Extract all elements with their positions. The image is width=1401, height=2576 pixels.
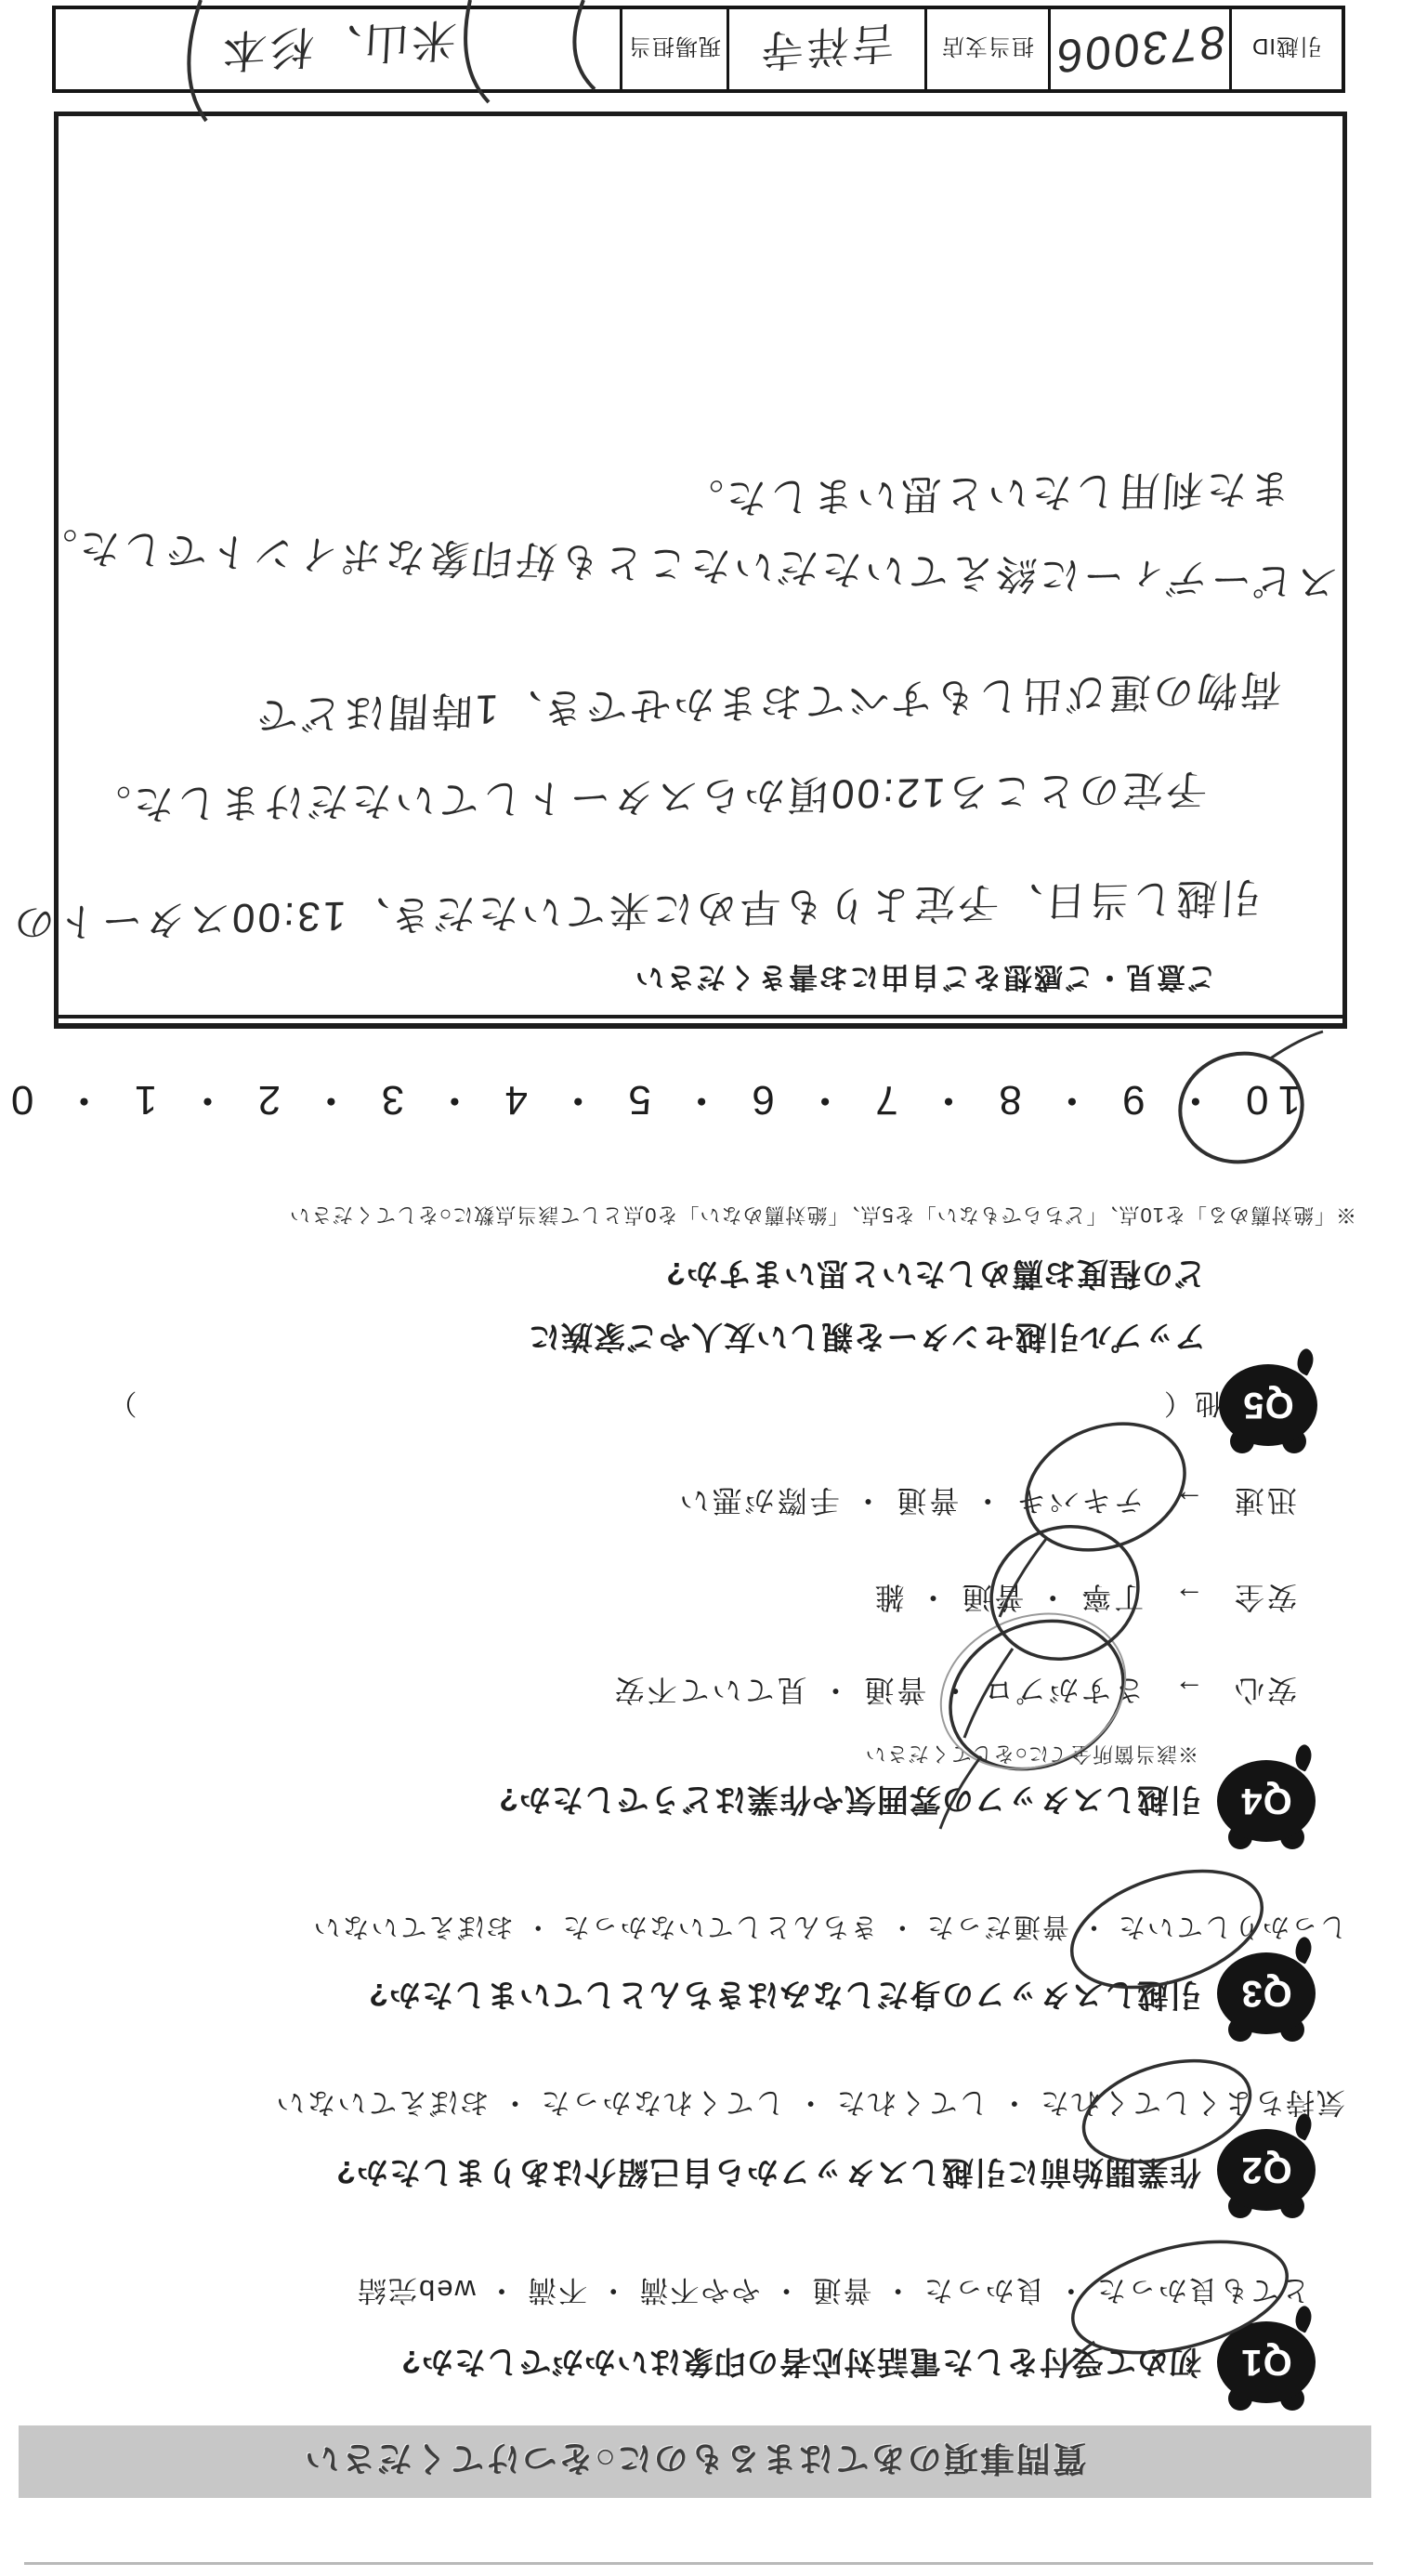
q1-options: とても良かった ・ 良かった ・ 普通 ・ やや不満 ・ 不満 ・ web完結 [356,2272,1310,2314]
q4-row-options: さすがプロ ・ 普通 ・ 見ていて不安 [612,1674,1145,1707]
branch-label-cell: 担当支店 [927,9,1051,89]
q3-balloon-icon: Q3 [1217,1949,1316,2042]
comment-box-title: ご意見・ご感想をご自由にお書きください [634,959,1216,1001]
q4-other-close: ） [106,1387,137,1418]
handwritten-comment-line: また利用したいと思いました。 [677,462,1291,532]
q4-row-anshin: 安心 → さすがプロ ・ 普通 ・ 見ていて不安 [612,1671,1297,1714]
q5-label: Q5 [1219,1364,1317,1446]
q4-other-row: その他（ ） [106,1386,1284,1426]
q4-title: 引越しスタッフの雰囲気や作業はどうでしたか? [498,1780,1201,1825]
handwritten-move-id: 873006 [1053,15,1226,85]
comment-box-double-border [59,1015,1342,1019]
q3-label: Q3 [1217,1952,1316,2034]
q4-row-options: テキパキ ・ 普通 ・ 手際が悪い [677,1484,1145,1518]
move-id-label-cell: 引越ID [1232,9,1342,89]
q3-title: 引越しスタッフの身だしなみはきちんとしていましたか? [368,1975,1201,2020]
arrow-right-icon: → [1155,1674,1221,1707]
handwritten-comment-line: 予定のところ12:00頃からスタートしていただけました。 [85,763,1209,838]
q1-balloon-icon: Q1 [1217,2318,1316,2411]
q5-title-line1: アップル引越センターを親しい友人やご家族に [528,1317,1206,1362]
handwritten-branch: 吉祥寺 [758,14,897,85]
q4-note: ※該当箇所全てに○をしてください [865,1741,1198,1769]
header-table: 引越ID 873006 担当支店 吉祥寺 現場担当 米山、杉本 [52,6,1345,93]
branch-value-cell: 吉祥寺 [729,9,927,89]
comment-box: ご意見・ご感想をご自由にお書きください 引越し当日、予定よりも早めに来ていただき… [54,112,1347,1029]
scan-edge-line [24,2562,1373,2565]
q3-options: しっかりしていた ・ 普通だった ・ きちんとしていなかった ・ おぼえていない [312,1910,1347,1948]
q2-balloon-icon: Q2 [1217,2125,1316,2218]
branch-label: 担当支店 [941,33,1034,66]
pen-tail [1269,1032,1323,1059]
move-id-label: 引越ID [1251,33,1322,66]
staff-value-cell: 米山、杉本 [56,9,622,89]
handwritten-staff-names: 米山、杉本 [217,11,457,88]
handwritten-comment-line: スピーディーに終えていただいたことも好印象なポイントでした。 [30,520,1340,616]
move-id-value-cell: 873006 [1051,9,1232,89]
q4-row-label: 安心 [1232,1674,1297,1707]
q4-row-label: 迅速 [1232,1484,1297,1518]
staff-label: 現場担当 [628,33,721,66]
staff-label-cell: 現場担当 [622,9,729,89]
q4-row-options: 丁寧 ・ 普通 ・ 雑 [872,1581,1145,1614]
q5-title-line2: どの程度お薦めしたいと思いますか? [665,1254,1206,1299]
arrow-right-icon: → [1155,1484,1221,1518]
arrow-right-icon: → [1155,1581,1221,1614]
q2-options: 気持ちよくしてくれた ・ してくれた ・ してくれなかった ・ おぼえていない [274,2084,1345,2126]
q2-label: Q2 [1217,2129,1316,2211]
q5-score-scale: 10 ・ 9 ・ 8 ・ 7 ・ 6 ・ 5 ・ 4 ・ 3 ・ 2 ・ 1 ・… [2,1074,1301,1134]
handwritten-comment-line: 引越し当日、予定よりも早めに来ていただき、13:00スタートの [9,871,1262,956]
instruction-banner: 質問事項のあてはまるものに○をつけてください [19,2425,1371,2498]
q5-note: ※「絶対薦める」を10点、「どちらでもない」を5点、「絶対薦めない」を0点として… [289,1202,1356,1230]
q4-row-label: 安全 [1232,1581,1297,1614]
q1-title: 初めて受付をした電話対応者の印象はいかがでしたか? [400,2342,1201,2387]
survey-sheet-rotated-180: 質問事項のあてはまるものに○をつけてください Q1 初めて受付をした電話対応者の… [0,0,1401,2576]
q4-label: Q4 [1217,1760,1316,1842]
handwritten-comment-line: 荷物の運び出しもすべておまかせでき、1時間ほどで [253,663,1282,749]
q5-balloon-icon: Q5 [1219,1360,1317,1453]
scanned-survey-page: 質問事項のあてはまるものに○をつけてください Q1 初めて受付をした電話対応者の… [0,0,1401,2576]
q4-balloon-icon: Q4 [1217,1756,1316,1849]
q4-row-anzen: 安全 → 丁寧 ・ 普通 ・ 雑 [872,1578,1297,1621]
q2-title: 作業開始前に引越しスタッフから自己紹介はありましたか? [335,2152,1201,2198]
q1-label: Q1 [1217,2321,1316,2403]
q4-row-jinsoku: 迅速 → テキパキ ・ 普通 ・ 手際が悪い [677,1481,1297,1524]
